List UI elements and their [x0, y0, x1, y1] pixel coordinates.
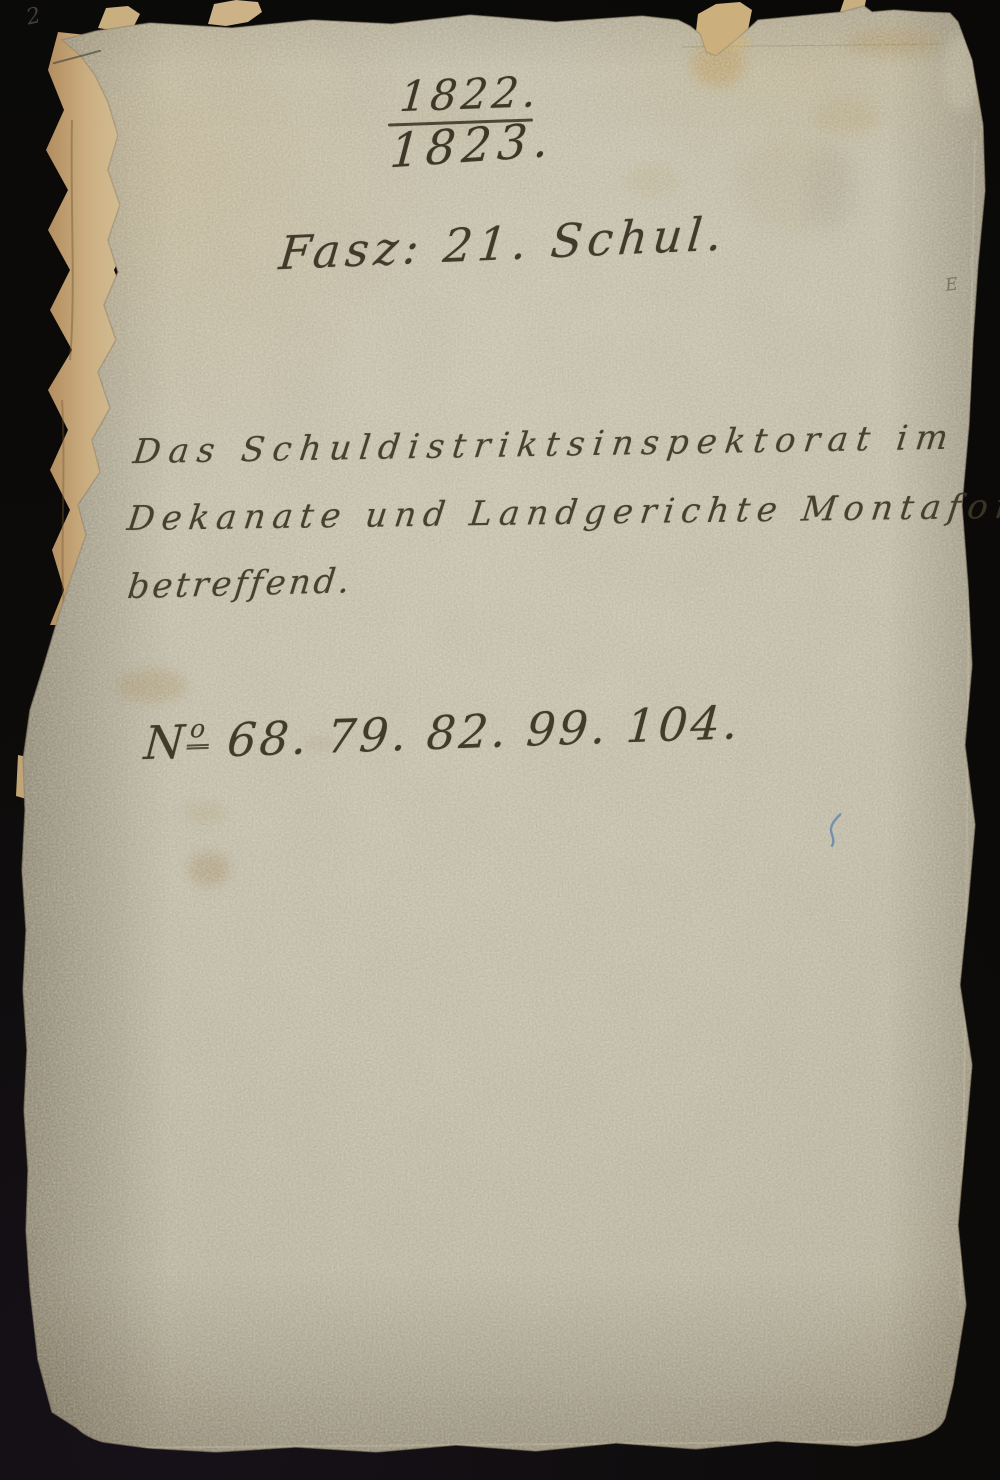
- right-edge-ink-mark: E: [944, 274, 959, 296]
- blue-ink-stroke: [830, 814, 840, 846]
- year-top: 1822.: [398, 67, 542, 121]
- photo-background: 2 1822. 1823. Fasz: 21. Schul. Das Schul…: [0, 0, 1000, 1480]
- year-bottom: 1823.: [388, 113, 556, 180]
- body-line: betreffend.: [125, 561, 354, 607]
- numbers-prefix: N: [142, 714, 189, 770]
- numbers-superscript: o: [187, 714, 212, 750]
- blue-ink-mark: [825, 811, 844, 850]
